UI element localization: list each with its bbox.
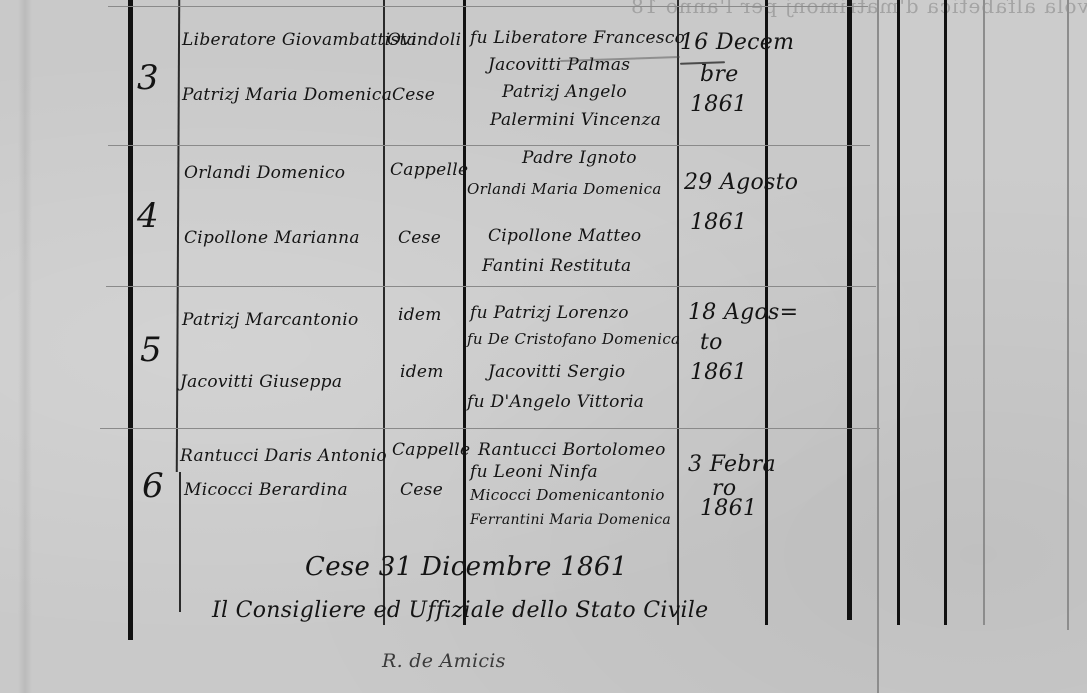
groom-name: Rantucci Daris Antonio: [180, 446, 387, 466]
page-fold-shadow: [18, 0, 32, 693]
marriage-date-line-2: to: [700, 330, 723, 355]
entry-number: 3: [137, 58, 159, 98]
ruling-adjacent-4: [1067, 0, 1069, 630]
groom-mother: fu De Cristofano Domenica: [467, 330, 680, 348]
bride-name: Jacovitti Giuseppa: [180, 372, 342, 392]
marriage-date-line-2: 1861: [690, 210, 747, 235]
ruling-row-4-5: [106, 286, 876, 287]
groom-origin: Cappelle: [392, 440, 470, 460]
ruling-number-column: [176, 0, 180, 472]
bride-father: Patrizj Angelo: [502, 82, 627, 102]
groom-name: Patrizj Marcantonio: [182, 310, 359, 330]
groom-mother: Jacovitti Palmas: [488, 55, 630, 75]
closing-official-line: Il Consigliere ed Uffiziale dello Stato …: [212, 598, 708, 623]
entry-number: 5: [140, 330, 162, 370]
closing-place-date: Cese 31 Dicembre 1861: [305, 552, 628, 582]
groom-mother: Orlandi Maria Domenica: [467, 180, 662, 198]
ruling-origin-column: [463, 0, 466, 625]
groom-origin: idem: [398, 305, 442, 325]
ruling-row-top: [108, 6, 868, 7]
ruling-number-column-lower: [179, 472, 181, 612]
groom-mother: fu Leoni Ninfa: [470, 462, 598, 482]
bride-father: Jacovitti Sergio: [488, 362, 625, 382]
page-edge: [877, 0, 879, 693]
ruling-right-border: [847, 0, 852, 620]
ruling-row-3-4: [108, 145, 870, 146]
bride-mother: fu D'Angelo Vittoria: [467, 392, 644, 412]
groom-name: Orlandi Domenico: [184, 163, 345, 183]
bride-mother: Palermini Vincenza: [490, 110, 661, 130]
groom-name: Liberatore Giovambattista: [182, 30, 417, 50]
official-signature: R. de Amicis: [382, 650, 506, 672]
groom-father: fu Patrizj Lorenzo: [470, 303, 629, 323]
bride-name: Micocci Berardina: [184, 480, 348, 500]
marriage-date-line-2: bre: [700, 62, 739, 87]
groom-origin: Ovindoli: [387, 30, 461, 50]
bride-father: Micocci Domenicantonio: [470, 486, 665, 504]
ruling-left-border: [128, 0, 133, 640]
ruling-row-5-6: [100, 428, 880, 429]
entry-number: 4: [137, 196, 159, 236]
entry-number: 6: [142, 466, 164, 506]
bride-mother: Ferrantini Maria Domenica: [470, 512, 671, 528]
bride-origin: Cese: [398, 228, 441, 248]
bride-origin: idem: [400, 362, 444, 382]
ruling-adjacent-2: [944, 0, 947, 625]
ruling-adjacent-3: [983, 0, 985, 625]
bride-origin: Cese: [392, 85, 435, 105]
bride-mother: Fantini Restituta: [482, 256, 631, 276]
bride-name: Cipollone Marianna: [184, 228, 360, 248]
marriage-date-line-3: 1861: [690, 360, 747, 385]
ruling-parents-column: [677, 0, 679, 625]
marriage-date-line-3: 1861: [690, 92, 747, 117]
bride-name: Patrizj Maria Domenica: [182, 85, 392, 105]
marriage-date-line-1: 18 Agos=: [688, 300, 798, 325]
marriage-date-line-1: 29 Agosto: [684, 170, 798, 195]
groom-father: fu Liberatore Francesco: [470, 28, 685, 48]
bleed-through-header: Tavola alfabetica d'matrimonj per l'anno…: [630, 0, 1087, 18]
marriage-date-line-1: 3 Febra: [688, 452, 776, 477]
groom-origin: Cappelle: [390, 160, 468, 180]
groom-father: Rantucci Bortolomeo: [478, 440, 666, 460]
bride-origin: Cese: [400, 480, 443, 500]
marriage-date-line-3: 1861: [700, 496, 757, 521]
bride-father: Cipollone Matteo: [488, 226, 641, 246]
ruling-adjacent-1: [897, 0, 900, 625]
groom-father: Padre Ignoto: [522, 148, 637, 168]
marriage-date-line-1: 16 Decem: [680, 30, 794, 55]
